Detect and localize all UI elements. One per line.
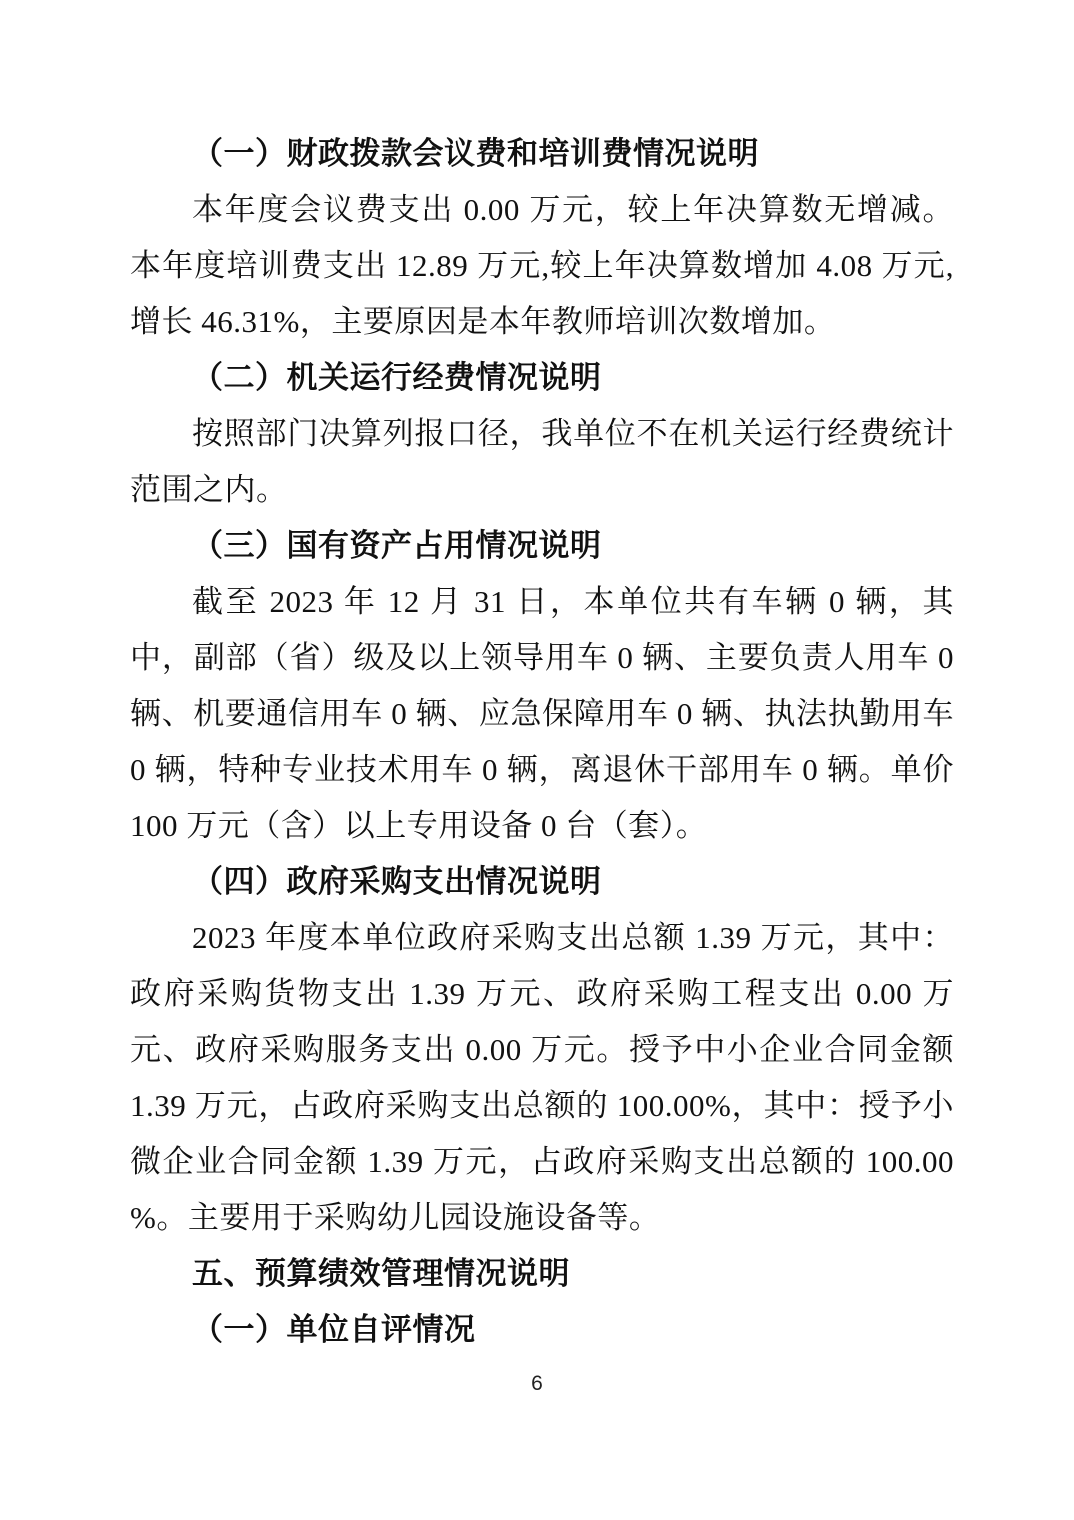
body-paragraph: 截至 2023 年 12 月 31 日，本单位共有车辆 0 辆，其中，副部（省）…	[130, 574, 954, 854]
section-heading: （一）财政拨款会议费和培训费情况说明	[130, 126, 954, 182]
body-paragraph: 本年度会议费支出 0.00 万元，较上年决算数无增减。本年度培训费支出 12.8…	[130, 182, 954, 350]
section-heading: 五、预算绩效管理情况说明	[130, 1246, 954, 1302]
section-heading: （一）单位自评情况	[130, 1302, 954, 1358]
section-heading: （二）机关运行经费情况说明	[130, 350, 954, 406]
body-paragraph: 按照部门决算列报口径，我单位不在机关运行经费统计范围之内。	[130, 406, 954, 518]
document-body: （一）财政拨款会议费和培训费情况说明本年度会议费支出 0.00 万元，较上年决算…	[130, 126, 954, 1358]
document-page: （一）财政拨款会议费和培训费情况说明本年度会议费支出 0.00 万元，较上年决算…	[0, 0, 1074, 1520]
section-heading: （四）政府采购支出情况说明	[130, 854, 954, 910]
page-number: 6	[0, 1372, 1074, 1396]
section-heading: （三）国有资产占用情况说明	[130, 518, 954, 574]
body-paragraph: 2023 年度本单位政府采购支出总额 1.39 万元，其中：政府采购货物支出 1…	[130, 910, 954, 1246]
